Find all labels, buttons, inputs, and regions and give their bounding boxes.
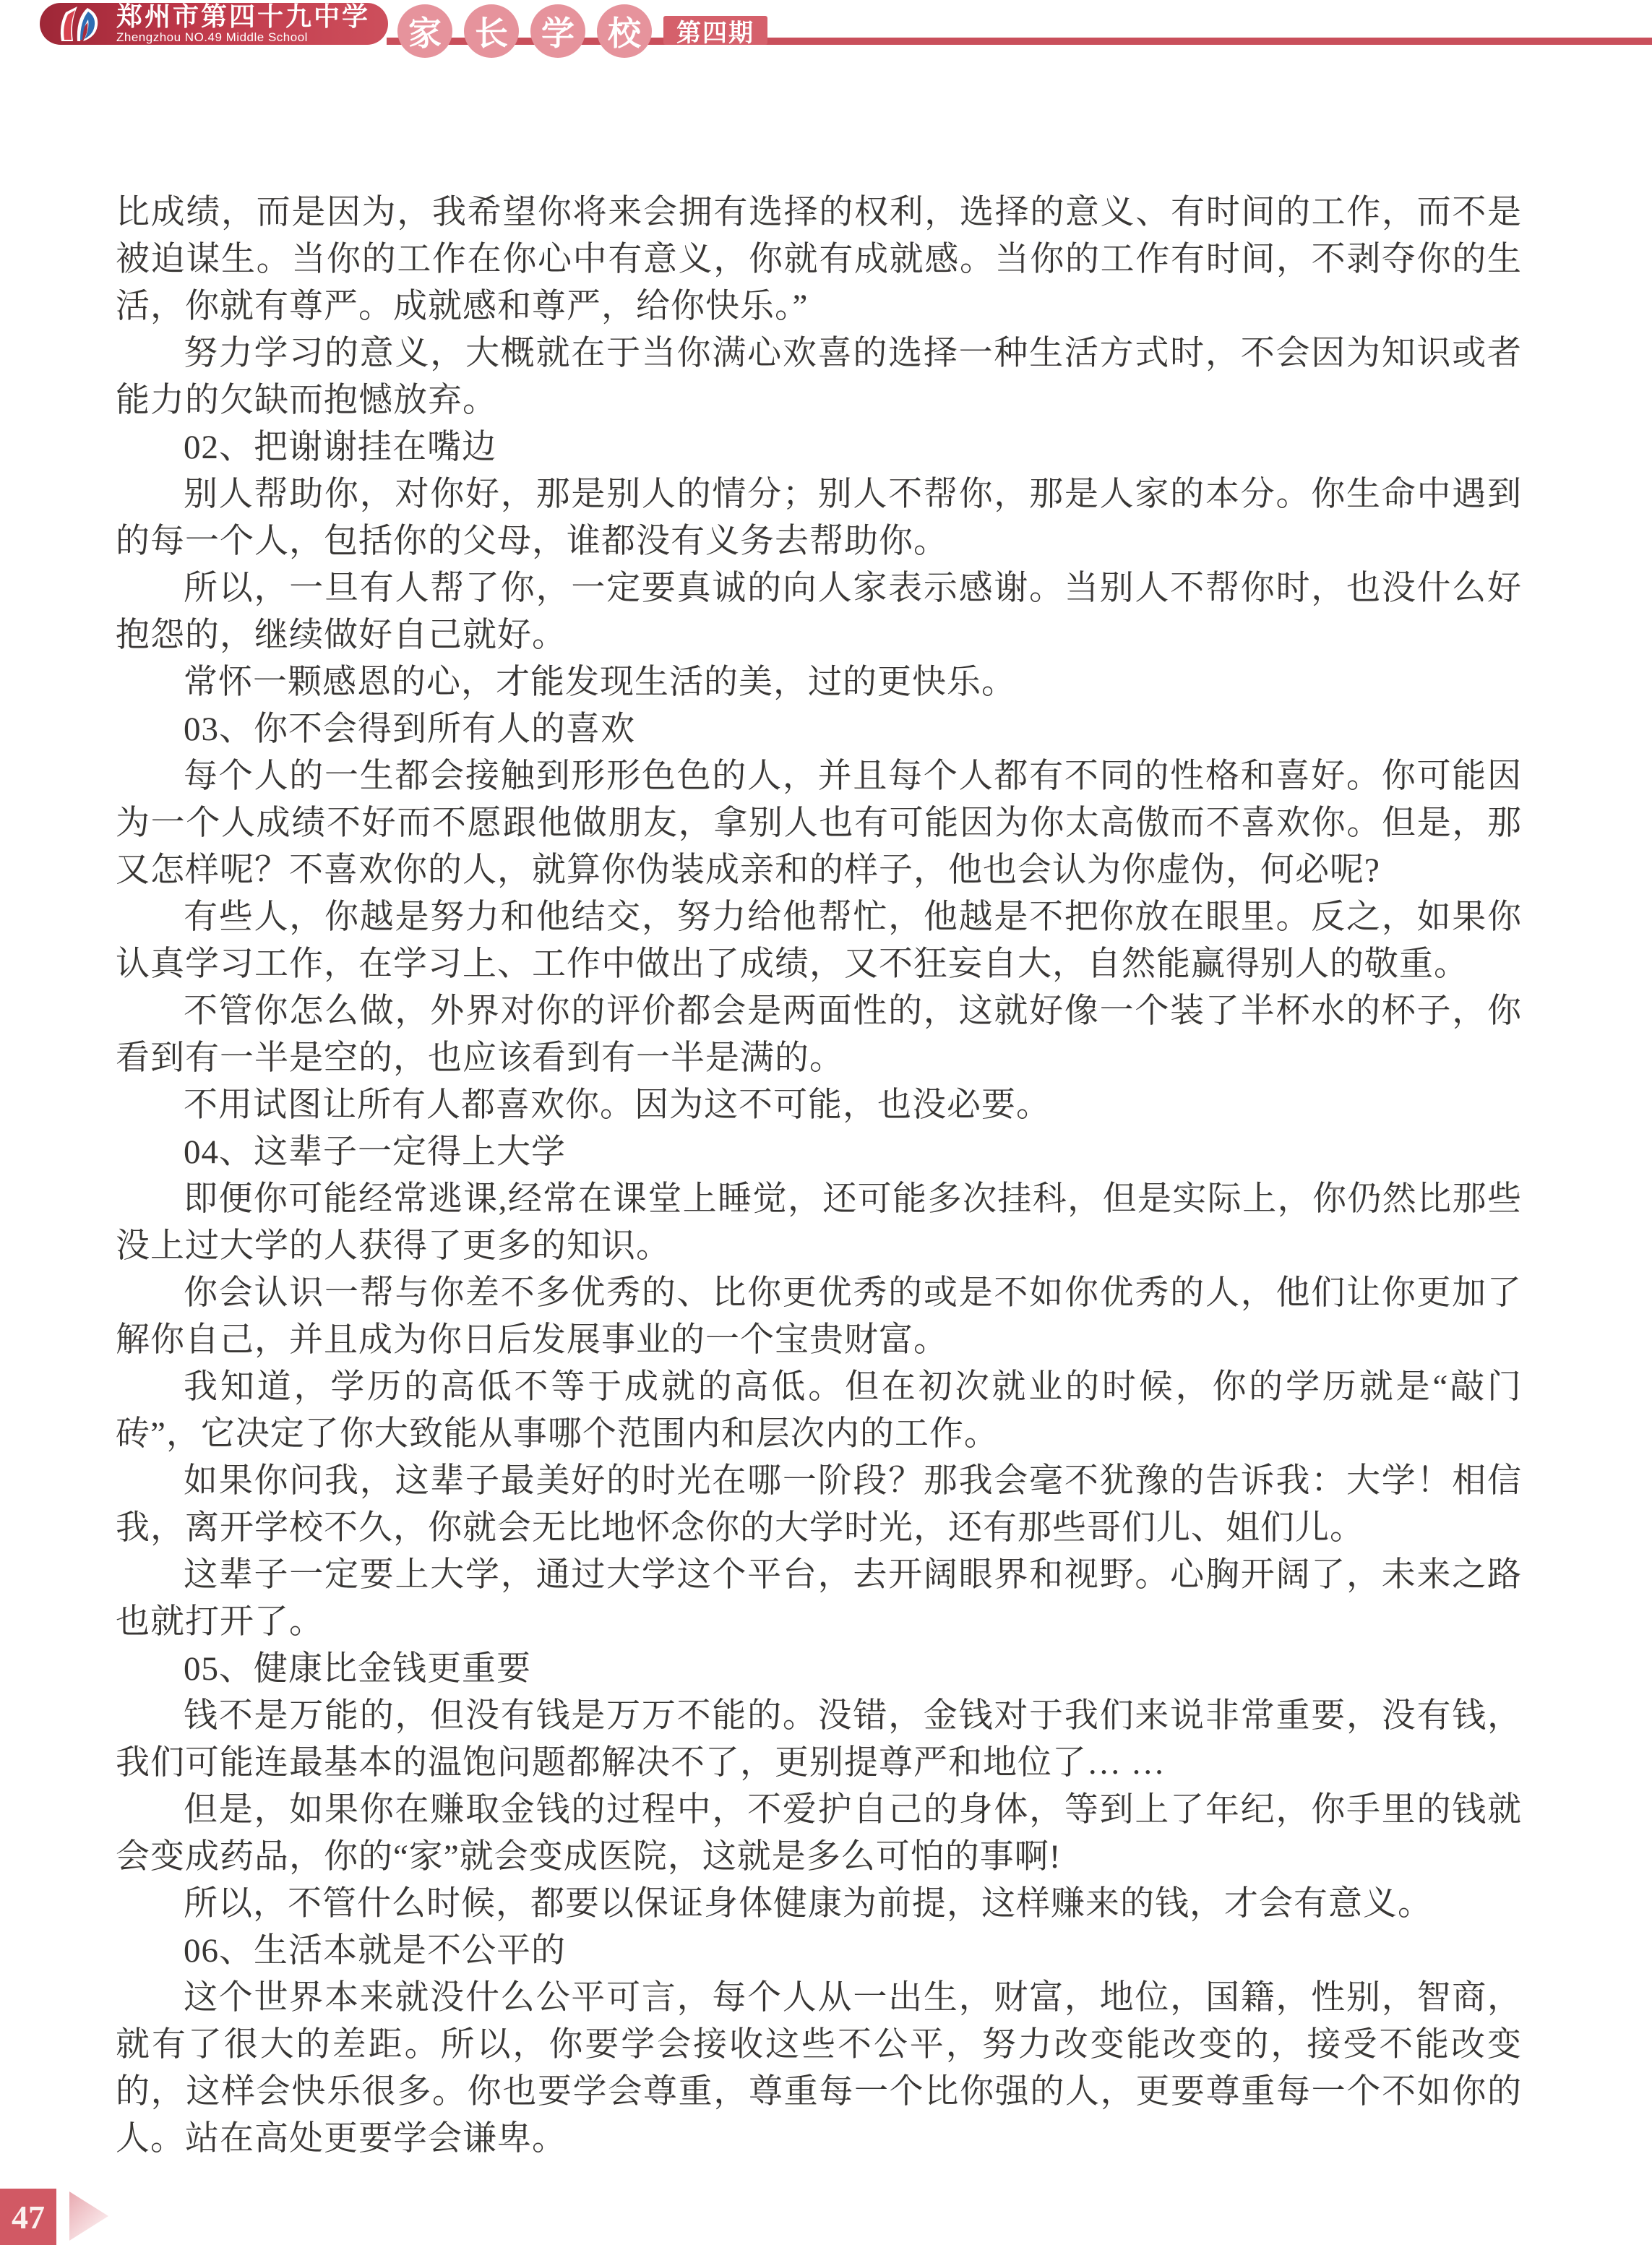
issue-label: 第四期 (663, 16, 767, 45)
paragraph: 钱不是万能的，但没有钱是万万不能的。没错，金钱对于我们来说非常重要，没有钱，我们… (116, 1693, 1522, 1787)
paragraph: 有些人，你越是努力和他结交，努力给他帮忙，他越是不把你放在眼里。反之，如果你认真… (116, 894, 1522, 988)
page-number: 47 (12, 2198, 45, 2236)
page-arrow-icon (69, 2192, 108, 2241)
school-logo (50, 3, 112, 45)
section-heading: 02、把谢谢挂在嘴边 (116, 424, 1522, 471)
paragraph: 努力学习的意义，大概就在于当你满心欢喜的选择一种生活方式时，不会因为知识或者能力… (116, 330, 1522, 424)
section-heading: 03、你不会得到所有人的喜欢 (116, 706, 1522, 753)
paragraph: 这个世界本来就没什么公平可言，每个人从一出生，财富，地位，国籍，性别，智商，就有… (116, 1975, 1522, 2163)
paragraph: 但是，如果你在赚取金钱的过程中，不爱护自己的身体，等到上了年纪，你手里的钱就会变… (116, 1787, 1522, 1881)
badge-circle: 校 (597, 4, 652, 58)
paragraph: 如果你问我，这辈子最美好的时光在哪一阶段？那我会毫不犹豫的告诉我：大学！相信我，… (116, 1458, 1522, 1552)
school-banner: 郑州市第四十九中学 Zhengzhou NO.49 Middle School (40, 3, 388, 45)
section-heading: 05、健康比金钱更重要 (116, 1646, 1522, 1693)
article-body: 比成绩，而是因为，我希望你将来会拥有选择的权利，选择的意义、有时间的工作，而不是… (116, 189, 1522, 2163)
paragraph: 这辈子一定要上大学，通过大学这个平台，去开阔眼界和视野。心胸开阔了，未来之路也就… (116, 1552, 1522, 1646)
paragraph: 不管你怎么做，外界对你的评价都会是两面性的，这就好像一个装了半杯水的杯子，你看到… (116, 988, 1522, 1082)
paragraph: 每个人的一生都会接触到形形色色的人，并且每个人都有不同的性格和喜好。你可能因为一… (116, 753, 1522, 894)
school-logo-icon (56, 4, 106, 44)
school-name-block: 郑州市第四十九中学 Zhengzhou NO.49 Middle School (116, 3, 370, 45)
section-heading: 06、生活本就是不公平的 (116, 1928, 1522, 1975)
paragraph: 即便你可能经常逃课,经常在课堂上睡觉，还可能多次挂科，但是实际上，你仍然比那些没… (116, 1176, 1522, 1270)
paragraph: 别人帮助你，对你好，那是别人的情分；别人不帮你，那是人家的本分。你生命中遇到的每… (116, 471, 1522, 565)
paragraph: 比成绩，而是因为，我希望你将来会拥有选择的权利，选择的意义、有时间的工作，而不是… (116, 189, 1522, 330)
paragraph: 所以，一旦有人帮了你，一定要真诚的向人家表示感谢。当别人不帮你时，也没什么好抱怨… (116, 565, 1522, 659)
paragraph: 不用试图让所有人都喜欢你。因为这不可能，也没必要。 (116, 1082, 1522, 1129)
school-name-cn: 郑州市第四十九中学 (116, 3, 370, 30)
badge-circle: 学 (530, 4, 585, 58)
section-heading: 04、这辈子一定得上大学 (116, 1129, 1522, 1176)
badge-row: 家长学校 (397, 4, 652, 58)
paragraph: 常怀一颗感恩的心，才能发现生活的美，过的更快乐。 (116, 659, 1522, 706)
paragraph: 我知道，学历的高低不等于成就的高低。但在初次就业的时候，你的学历就是“敲门砖”，… (116, 1364, 1522, 1458)
page-header: 郑州市第四十九中学 Zhengzhou NO.49 Middle School … (0, 0, 1652, 51)
badge-circle: 家 (397, 4, 452, 58)
school-name-en: Zhengzhou NO.49 Middle School (116, 30, 370, 45)
badge-circle: 长 (464, 4, 519, 58)
paragraph: 所以，不管什么时候，都要以保证身体健康为前提，这样赚来的钱，才会有意义。 (116, 1881, 1522, 1928)
page-number-box: 47 (0, 2189, 56, 2245)
paragraph: 你会认识一帮与你差不多优秀的、比你更优秀的或是不如你优秀的人，他们让你更加了解你… (116, 1270, 1522, 1364)
